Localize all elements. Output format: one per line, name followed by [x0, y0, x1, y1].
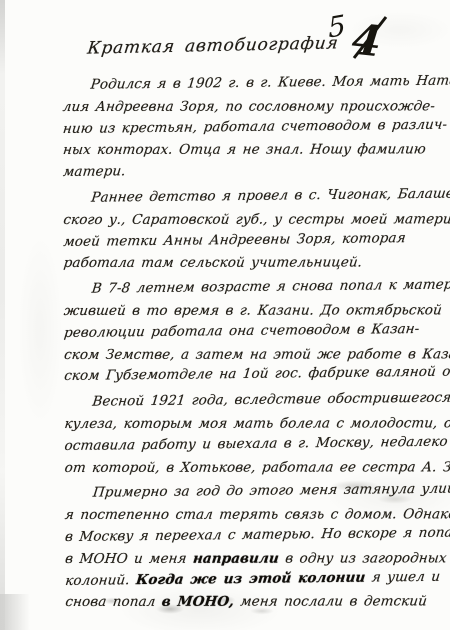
text-segment: меня послали в детский — [233, 594, 428, 610]
text-line: в Москву я переехал с матерью. Но вскоре… — [64, 523, 445, 549]
scan-corner-smudge — [0, 594, 30, 630]
text-segment-emphasized: направили — [192, 550, 280, 566]
paragraph-street-mono: Примерно за год до этого меня затянула у… — [65, 481, 444, 614]
text-segment: я ушел и — [365, 568, 441, 585]
paragraph-kazan: В 7-8 летнем возрасте я снова попал к ма… — [64, 277, 443, 388]
text-line: моей тетки Анны Андреевны Зоря, которая — [62, 227, 443, 253]
scan-edge-artifact — [0, 0, 5, 630]
text-segment: в одну из загородных — [278, 550, 448, 566]
text-line: Весной 1921 года, вследствие обострившег… — [63, 388, 444, 414]
text-segment: снова попал — [65, 594, 163, 610]
text-line: Примерно за год до этого меня затянула у… — [64, 479, 445, 505]
text-line: революции работала она счетоводом в Каза… — [63, 318, 444, 344]
scanned-document-page: 5 4 Краткая автобиография Родился я в 19… — [0, 0, 450, 630]
paragraph-childhood: Раннее детство я провел в с. Чигонак, Ба… — [63, 186, 441, 275]
text-line: В 7-8 летнем возрасте я снова попал к ма… — [62, 275, 443, 301]
text-line: матери. — [62, 158, 443, 184]
text-line: Родился я в 1902 г. в г. Киеве. Моя мать… — [61, 71, 442, 97]
paragraph-moscow-move: Весной 1921 года, вследствие обострившег… — [64, 390, 442, 479]
text-line: колоний. Когда же из этой колонии я ушел… — [64, 566, 445, 592]
document-body: Родился я в 1902 г. в г. Киеве. Моя мать… — [63, 73, 444, 618]
text-segment: колоний. — [64, 572, 137, 589]
text-line: нию из крестьян, работала счетоводом в р… — [62, 114, 443, 140]
text-line: ском Губземотделе на 1ой гос. фабрике ва… — [63, 362, 444, 388]
paragraph-birth: Родился я в 1902 г. в г. Киеве. Моя мать… — [63, 73, 442, 184]
text-line: Раннее детство я провел в с. Чигонак, Ба… — [62, 184, 443, 210]
text-segment-emphasized: Когда же из этой колонии — [135, 569, 366, 588]
text-line: работала там сельской учительницей. — [62, 253, 442, 275]
text-line: снова попал в МОНО, меня послали в детск… — [64, 592, 444, 614]
text-segment-emphasized: в МОНО, — [161, 594, 235, 610]
text-segment: в МОНО и меня — [64, 550, 194, 566]
text-line: от которой, в Хотькове, работала ее сест… — [63, 457, 443, 479]
text-line: оставила работу и выехала в г. Москву, н… — [63, 431, 444, 457]
